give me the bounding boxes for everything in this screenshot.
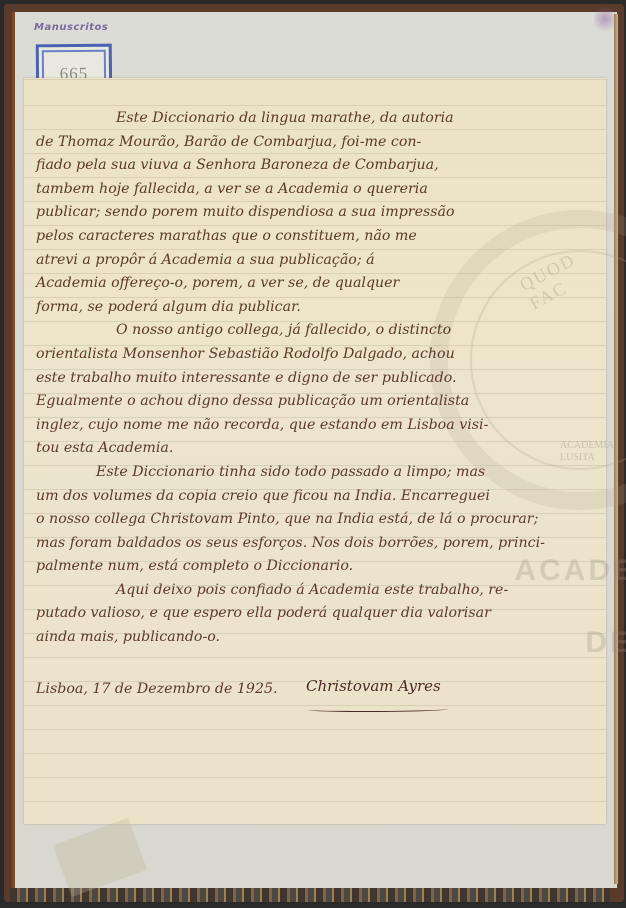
letter-line: orientalista Monsenhor Sebastião Rodolfo…	[36, 343, 576, 367]
letter-closing: Lisboa, 17 de Dezembro de 1925. Christov…	[36, 681, 576, 711]
letter-line: o nosso collega Christovam Pinto, que na…	[36, 508, 576, 532]
letter-line: tambem hoje fallecida, a ver se a Academ…	[36, 178, 576, 202]
letter-line: Este Diccionario tinha sido todo passado…	[36, 461, 576, 485]
letter-line: um dos volumes da copia creio que ficou …	[36, 485, 576, 509]
letter-line: tou esta Academia.	[36, 437, 576, 461]
letter-line: pelos caracteres marathas que o constitu…	[36, 225, 576, 249]
letter-line: Aqui deixo pois confiado á Academia este…	[36, 579, 576, 603]
letter-line: Academia offereço-o, porem, a ver se, de…	[36, 272, 576, 296]
ink-stain	[594, 4, 616, 34]
letter-line: atrevi a propôr á Academia a sua publica…	[36, 249, 576, 273]
signature: Christovam Ayres	[306, 677, 441, 695]
letter-line: este trabalho muito interessante e digno…	[36, 367, 576, 391]
letter-line: O nosso antigo collega, já fallecido, o …	[36, 319, 576, 343]
marbled-book-edge	[10, 888, 610, 902]
letter-line: putado valioso, e que espero ella poderá…	[36, 602, 576, 626]
letter-line: ainda mais, publicando-o.	[36, 626, 576, 650]
collection-stamp: Manuscritos	[34, 22, 108, 33]
letter-line: fiado pela sua viuva a Senhora Baroneza …	[36, 154, 576, 178]
letter-line: forma, se poderá algum dia publicar.	[36, 296, 576, 320]
handwritten-letter: Este Diccionario da lingua marathe, da a…	[36, 107, 576, 650]
letter-line: Egualmente o achou digno dessa publicaçã…	[36, 390, 576, 414]
place-and-date: Lisboa, 17 de Dezembro de 1925.	[36, 681, 278, 697]
letter-line: inglez, cujo nome me não recorda, que es…	[36, 414, 576, 438]
letter-line: Este Diccionario da lingua marathe, da a…	[36, 107, 576, 131]
letter-line: de Thomaz Mourão, Barão de Combarjua, fo…	[36, 131, 576, 155]
letter-line: publicar; sendo porem muito dispendiosa …	[36, 201, 576, 225]
letter-line: mas foram baldados os seus esforços. Nos…	[36, 532, 576, 556]
letter-line: palmente num, está completo o Diccionari…	[36, 555, 576, 579]
